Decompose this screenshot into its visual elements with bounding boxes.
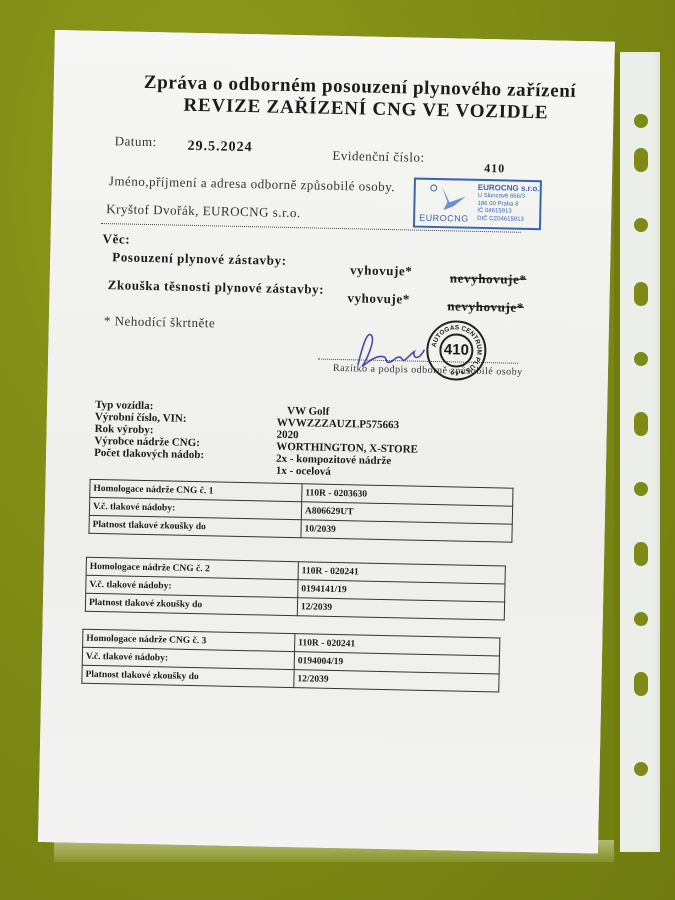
person-label: Jméno,příjmení a adresa odborně způsobil… <box>109 173 396 195</box>
check-1-pass: vyhovuje* <box>350 262 413 279</box>
company-address: EUROCNG s.r.o. U Sluncové 666/3 186 00 P… <box>477 184 540 224</box>
round-stamp: AUTOGAS CENTRUM PLUS s.r.o. 410 <box>426 320 487 381</box>
punch-hole <box>634 148 648 172</box>
date-label: Datum: <box>115 133 157 150</box>
check-2-fail-struck: nevyhovuje* <box>447 298 524 316</box>
punch-hole <box>634 612 648 626</box>
cng-inspection-report: Zpráva o odborném posouzení plynového za… <box>38 30 615 854</box>
date-value: 29.5.2024 <box>187 139 252 156</box>
sheet-protector-strip <box>614 52 660 852</box>
tank-1-table: Homologace nádrže CNG č. 1110R - 0203630… <box>88 479 513 543</box>
cell: Platnost tlakové zkoušky do <box>82 665 294 687</box>
punch-hole <box>634 542 648 566</box>
footnote: * Nehodící škrtněte <box>104 313 216 331</box>
company-name: EUROCNG s.r.o. <box>478 183 540 193</box>
punch-hole <box>634 352 648 366</box>
vessel-count-steel: 1x - ocelová <box>276 465 418 480</box>
company-city: 186 00 Praha 8 <box>477 201 518 208</box>
check-1-label: Posouzení plynové zástavby: <box>112 249 287 269</box>
punch-hole <box>634 114 648 128</box>
tank-2-table: Homologace nádrže CNG č. 2110R - 020241 … <box>85 557 506 621</box>
company-street: U Sluncové 666/3 <box>478 193 525 200</box>
cell: Platnost tlakové zkoušky do <box>89 515 301 537</box>
company-ic: IČ 04615913 <box>477 208 511 215</box>
company-brand: EUROCNG <box>419 213 469 224</box>
punch-hole <box>634 282 648 306</box>
company-dic: DIČ CZ04615913 <box>477 216 524 223</box>
record-number-label: Evidenční číslo: <box>332 148 424 166</box>
punch-hole <box>634 672 648 696</box>
punch-hole <box>634 412 648 436</box>
cell: Platnost tlakové zkoušky do <box>85 593 297 615</box>
punch-hole <box>634 762 648 776</box>
check-2-label: Zkouška těsnosti plynové zástavby: <box>108 277 325 298</box>
cell: 10/2039 <box>301 520 512 542</box>
check-1-fail-struck: nevyhovuje* <box>450 270 527 288</box>
company-stamp: EUROCNG EUROCNG s.r.o. U Sluncové 666/3 … <box>413 178 542 231</box>
cell: 12/2039 <box>294 670 499 692</box>
punch-hole <box>634 218 648 232</box>
bird-logo-icon <box>429 184 470 215</box>
check-2-pass: vyhovuje* <box>347 290 410 307</box>
record-number-value: 410 <box>484 161 505 176</box>
cell: 12/2039 <box>297 598 504 620</box>
vehicle-values: VW Golf WVWZZZAUZLP575663 2020 WORTHINGT… <box>276 405 419 480</box>
person-value: Kryštof Dvořák, EUROCNG s.r.o. <box>106 201 301 221</box>
vehicle-labels: Typ vozidla: Výrobní číslo, VIN: Rok výr… <box>94 399 205 461</box>
vessel-count-label: Počet tlakových nádob: <box>94 447 204 461</box>
tank-3-table: Homologace nádrže CNG č. 3110R - 020241 … <box>81 629 500 693</box>
punch-hole <box>634 482 648 496</box>
subject-label: Věc: <box>102 231 130 248</box>
